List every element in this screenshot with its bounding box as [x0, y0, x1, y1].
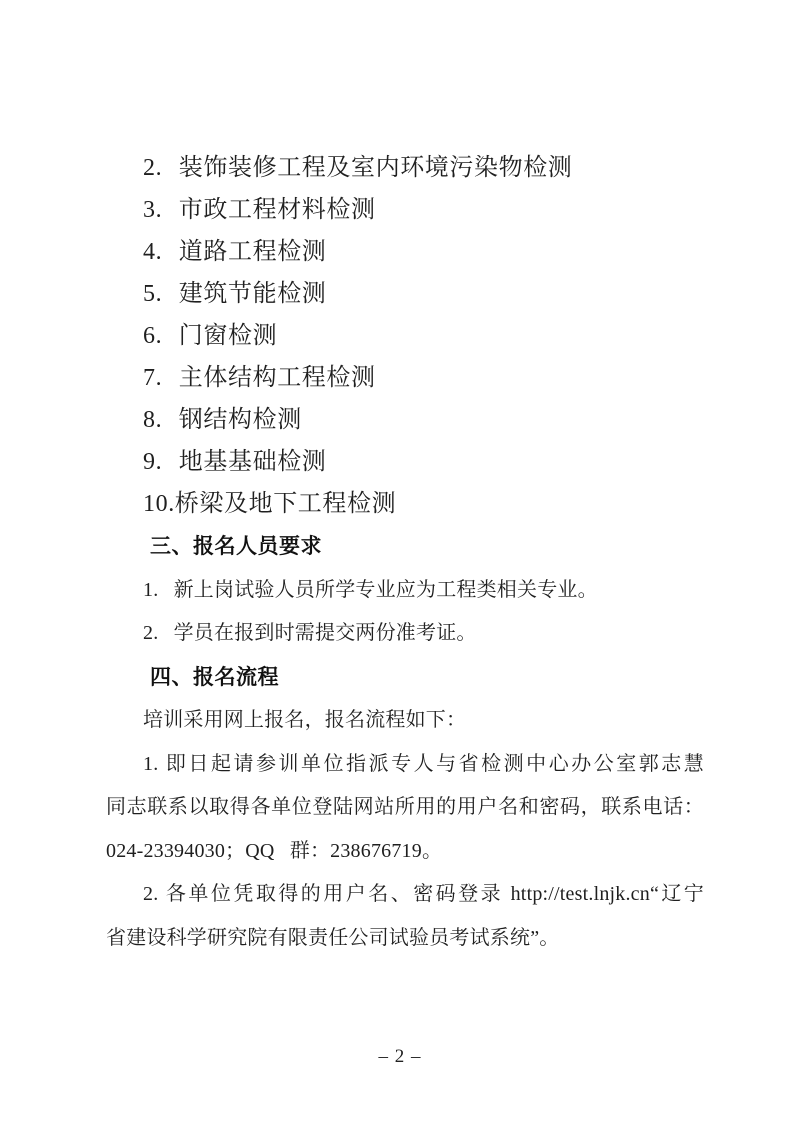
- list-item-7: 7. 主体结构工程检测: [106, 357, 704, 399]
- procedure-step-1-line-1: 1. 即日起请参训单位指派专人与省检测中心办公室郭志慧: [106, 743, 704, 787]
- requirement-item-1: 1. 新上岗试验人员所学专业应为工程类相关专业。: [106, 569, 704, 613]
- section-heading-4: 四、报名流程: [106, 656, 704, 700]
- paragraph-intro: 培训采用网上报名，报名流程如下：: [106, 699, 704, 743]
- list-item-10: 10.桥梁及地下工程检测: [106, 483, 704, 525]
- list-item-6: 6. 门窗检测: [106, 315, 704, 357]
- procedure-step-1-line-2: 同志联系以取得各单位登陆网站所用的用户名和密码，联系电话：: [106, 786, 704, 830]
- procedure-step-1-line-3-contact: 024-23394030；QQ 群：238676719。: [106, 830, 704, 874]
- list-item-4: 4. 道路工程检测: [106, 231, 704, 273]
- list-item-2: 2. 装饰装修工程及室内环境污染物检测: [106, 147, 704, 189]
- list-item-9: 9. 地基基础检测: [106, 441, 704, 483]
- document-body: 2. 装饰装修工程及室内环境污染物检测 3. 市政工程材料检测 4. 道路工程检…: [106, 147, 704, 960]
- procedure-step-2-line-2: 省建设科学研究院有限责任公司试验员考试系统”。: [106, 917, 704, 961]
- list-item-5: 5. 建筑节能检测: [106, 273, 704, 315]
- requirement-item-2: 2. 学员在报到时需提交两份准考证。: [106, 612, 704, 656]
- procedure-step-2-line-1: 2. 各单位凭取得的用户名、密码登录 http://test.lnjk.cn“辽…: [106, 873, 704, 917]
- section-heading-3: 三、报名人员要求: [106, 525, 704, 569]
- document-page: 2. 装饰装修工程及室内环境污染物检测 3. 市政工程材料检测 4. 道路工程检…: [0, 0, 800, 1132]
- page-number-footer: – 2 –: [0, 1044, 800, 1070]
- list-item-3: 3. 市政工程材料检测: [106, 189, 704, 231]
- list-item-8: 8. 钢结构检测: [106, 399, 704, 441]
